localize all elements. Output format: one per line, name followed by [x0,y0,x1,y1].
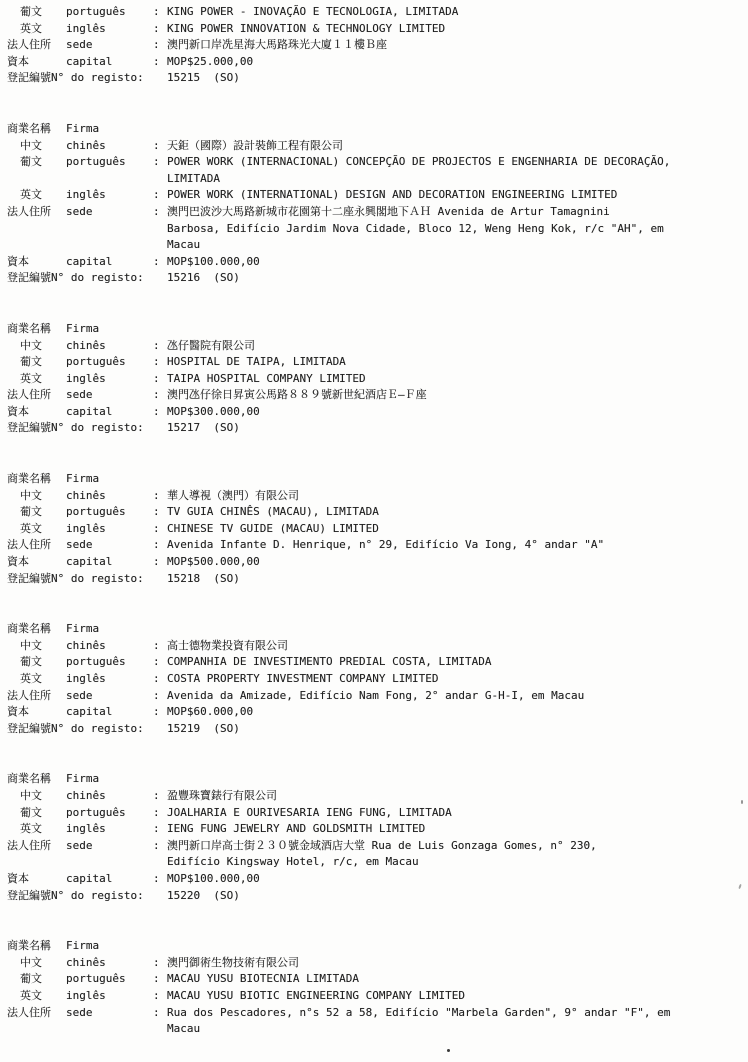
value-capital: MOP$500.000,00 [167,554,748,571]
colon-separator: : [153,537,167,554]
label-cjk-chinese: 中文 [7,338,66,355]
value-sede: 澳門巴波沙大馬路新城市花園第十二座永興閣地下ＡＨ Avenida de Artu… [167,204,748,254]
field-row-chinese: 中文chinês: 天鉅（國際）設計裝飾工程有限公司 [7,138,748,155]
label-latin-english: inglês [66,671,153,688]
colon-separator: : [153,387,167,404]
label-latin-english: inglês [66,521,153,538]
field-row-english: 英文inglês: CHINESE TV GUIDE (MACAU) LIMIT… [7,521,748,538]
colon-separator: : [153,988,167,1005]
label-latin-sede: sede [66,1005,153,1022]
field-row-sede: 法人住所sede: 澳門新口岸高士街２３０號金域酒店大堂 Rua de Luis… [7,838,748,871]
scan-speck [447,1049,450,1052]
label-latin-sede: sede [66,37,153,54]
value-portuguese: COMPANHIA DE INVESTIMENTO PREDIAL COSTA,… [167,654,748,671]
label-latin-portuguese: português [66,654,153,671]
label-latin-capital: capital [66,554,153,571]
label-latin-english: inglês [66,821,153,838]
label-cjk-capital: 資本 [7,554,66,571]
label-latin-sede: sede [66,688,153,705]
field-row-registo: 登記編號N° do registo:15216 (SO) [7,270,748,287]
colon-separator: : [153,404,167,421]
field-row-chinese: 中文chinês: 盈豐珠寶錶行有限公司 [7,788,748,805]
label-cjk-portuguese: 葡文 [7,971,66,988]
company-record: 商業名稱Firma中文chinês: 氹仔醫院有限公司葡文português: … [7,321,748,437]
colon-separator: : [153,788,167,805]
colon-separator: : [153,37,167,54]
label-latin-english: inglês [66,21,153,38]
colon-separator: : [153,871,167,888]
value-sede: 澳門新口岸高士街２３０號金域酒店大堂 Rua de Luis Gonzaga G… [167,838,748,871]
value-sede: 澳門氹仔徐日昇寅公馬路８８９號新世紀酒店Ｅ—Ｆ座 [167,387,748,404]
label-latin-sede: sede [66,838,153,855]
label-latin-registo: N° do registo: [51,270,167,287]
label-cjk-firma: 商業名稱 [7,321,66,338]
field-row-portuguese: 葡文português: POWER WORK (INTERNACIONAL) … [7,154,748,187]
value-capital: MOP$60.000,00 [167,704,748,721]
field-row-firma: 商業名稱Firma [7,621,748,638]
label-cjk-sede: 法人住所 [7,537,66,554]
value-chinese: 澳門御術生物技術有限公司 [167,955,748,972]
colon-separator: : [153,838,167,855]
label-latin-capital: capital [66,404,153,421]
field-row-capital: 資本capital: MOP$60.000,00 [7,704,748,721]
label-cjk-firma: 商業名稱 [7,471,66,488]
label-latin-firma: Firma [66,471,153,488]
label-cjk-registo: 登記編號 [7,571,51,588]
company-record: 商業名稱Firma中文chinês: 澳門御術生物技術有限公司葡文portugu… [7,938,748,1038]
colon-separator: : [153,821,167,838]
label-latin-registo: N° do registo: [51,70,167,87]
value-english: TAIPA HOSPITAL COMPANY LIMITED [167,371,748,388]
label-cjk-english: 英文 [7,521,66,538]
field-row-chinese: 中文chinês: 澳門御術生物技術有限公司 [7,955,748,972]
value-registo: 15217 (SO) [167,420,748,437]
label-cjk-chinese: 中文 [7,488,66,505]
value-registo: 15220 (SO) [167,888,748,905]
label-cjk-registo: 登記編號 [7,420,51,437]
label-cjk-registo: 登記編號 [7,270,51,287]
value-portuguese: JOALHARIA E OURIVESARIA IENG FUNG, LIMIT… [167,805,748,822]
scanned-registry-page: 葡文português: KING POWER - INOVAÇÃO E TEC… [0,0,748,1062]
label-latin-portuguese: português [66,805,153,822]
scan-speck [741,800,743,804]
colon-separator: : [153,54,167,71]
colon-separator: : [153,4,167,21]
colon-separator: : [153,654,167,671]
value-portuguese: POWER WORK (INTERNACIONAL) CONCEPÇÃO DE … [167,154,748,187]
company-record: 葡文português: KING POWER - INOVAÇÃO E TEC… [7,4,748,87]
label-cjk-chinese: 中文 [7,138,66,155]
colon-separator: : [153,688,167,705]
label-cjk-sede: 法人住所 [7,688,66,705]
field-row-firma: 商業名稱Firma [7,121,748,138]
label-latin-sede: sede [66,204,153,221]
colon-separator: : [153,554,167,571]
colon-separator: : [153,338,167,355]
label-latin-firma: Firma [66,938,153,955]
label-cjk-english: 英文 [7,988,66,1005]
colon-separator: : [153,671,167,688]
field-row-portuguese: 葡文português: MACAU YUSU BIOTECNIA LIMITA… [7,971,748,988]
value-portuguese: TV GUIA CHINÊS (MACAU), LIMITADA [167,504,748,521]
field-row-firma: 商業名稱Firma [7,771,748,788]
label-latin-registo: N° do registo: [51,721,167,738]
field-row-sede: 法人住所sede: 澳門新口岸冼星海大馬路珠光大廈１１樓Ｂ座 [7,37,748,54]
value-registo: 15216 (SO) [167,270,748,287]
value-capital: MOP$300.000,00 [167,404,748,421]
value-registo: 15215 (SO) [167,70,748,87]
colon-separator: : [153,254,167,271]
label-cjk-firma: 商業名稱 [7,771,66,788]
field-row-capital: 資本capital: MOP$100.000,00 [7,871,748,888]
field-row-capital: 資本capital: MOP$25.000,00 [7,54,748,71]
label-latin-chinese: chinês [66,955,153,972]
field-row-portuguese: 葡文português: TV GUIA CHINÊS (MACAU), LIM… [7,504,748,521]
value-sede: Avenida Infante D. Henrique, n° 29, Edif… [167,537,748,554]
value-english: POWER WORK (INTERNATIONAL) DESIGN AND DE… [167,187,748,204]
records-list: 葡文português: KING POWER - INOVAÇÃO E TEC… [7,4,748,1038]
label-cjk-english: 英文 [7,371,66,388]
value-capital: MOP$100.000,00 [167,254,748,271]
value-sede: Avenida da Amizade, Edifício Nam Fong, 2… [167,688,748,705]
label-cjk-chinese: 中文 [7,638,66,655]
value-english: KING POWER INNOVATION & TECHNOLOGY LIMIT… [167,21,748,38]
label-latin-portuguese: português [66,354,153,371]
value-portuguese: MACAU YUSU BIOTECNIA LIMITADA [167,971,748,988]
colon-separator: : [153,154,167,171]
label-cjk-sede: 法人住所 [7,1005,66,1022]
label-latin-sede: sede [66,537,153,554]
value-english: MACAU YUSU BIOTIC ENGINEERING COMPANY LI… [167,988,748,1005]
label-cjk-portuguese: 葡文 [7,354,66,371]
colon-separator: : [153,138,167,155]
label-latin-chinese: chinês [66,138,153,155]
field-row-portuguese: 葡文português: JOALHARIA E OURIVESARIA IEN… [7,805,748,822]
value-capital: MOP$100.000,00 [167,871,748,888]
colon-separator: : [153,504,167,521]
field-row-firma: 商業名稱Firma [7,938,748,955]
value-chinese: 高士德物業投資有限公司 [167,638,748,655]
field-row-english: 英文inglês: POWER WORK (INTERNATIONAL) DES… [7,187,748,204]
colon-separator: : [153,21,167,38]
label-cjk-portuguese: 葡文 [7,154,66,171]
value-chinese: 氹仔醫院有限公司 [167,338,748,355]
field-row-sede: 法人住所sede: Avenida da Amizade, Edifício N… [7,688,748,705]
company-record: 商業名稱Firma中文chinês: 天鉅（國際）設計裝飾工程有限公司葡文por… [7,121,748,287]
colon-separator: : [153,955,167,972]
label-cjk-firma: 商業名稱 [7,621,66,638]
colon-separator: : [153,704,167,721]
value-registo: 15218 (SO) [167,571,748,588]
label-latin-firma: Firma [66,621,153,638]
label-latin-chinese: chinês [66,488,153,505]
label-latin-chinese: chinês [66,788,153,805]
company-record: 商業名稱Firma中文chinês: 盈豐珠寶錶行有限公司葡文português… [7,771,748,904]
label-cjk-registo: 登記編號 [7,721,51,738]
company-record: 商業名稱Firma中文chinês: 高士德物業投資有限公司葡文portuguê… [7,621,748,737]
field-row-sede: 法人住所sede: Rua dos Pescadores, n°s 52 a 5… [7,1005,748,1038]
colon-separator: : [153,354,167,371]
label-cjk-registo: 登記編號 [7,70,51,87]
field-row-chinese: 中文chinês: 華人導視（澳門）有限公司 [7,488,748,505]
label-latin-portuguese: português [66,971,153,988]
field-row-english: 英文inglês: IENG FUNG JEWELRY AND GOLDSMIT… [7,821,748,838]
field-row-firma: 商業名稱Firma [7,321,748,338]
field-row-sede: 法人住所sede: 澳門氹仔徐日昇寅公馬路８８９號新世紀酒店Ｅ—Ｆ座 [7,387,748,404]
label-cjk-capital: 資本 [7,704,66,721]
label-latin-registo: N° do registo: [51,420,167,437]
colon-separator: : [153,1005,167,1022]
field-row-capital: 資本capital: MOP$500.000,00 [7,554,748,571]
field-row-sede: 法人住所sede: 澳門巴波沙大馬路新城市花園第十二座永興閣地下ＡＨ Aveni… [7,204,748,254]
field-row-english: 英文inglês: TAIPA HOSPITAL COMPANY LIMITED [7,371,748,388]
field-row-portuguese: 葡文português: KING POWER - INOVAÇÃO E TEC… [7,4,748,21]
label-cjk-portuguese: 葡文 [7,4,66,21]
value-chinese: 天鉅（國際）設計裝飾工程有限公司 [167,138,748,155]
label-cjk-firma: 商業名稱 [7,121,66,138]
label-latin-capital: capital [66,54,153,71]
colon-separator: : [153,521,167,538]
label-cjk-chinese: 中文 [7,788,66,805]
label-latin-portuguese: português [66,504,153,521]
label-cjk-sede: 法人住所 [7,37,66,54]
label-cjk-portuguese: 葡文 [7,654,66,671]
label-cjk-portuguese: 葡文 [7,805,66,822]
label-cjk-capital: 資本 [7,254,66,271]
value-chinese: 盈豐珠寶錶行有限公司 [167,788,748,805]
field-row-registo: 登記編號N° do registo:15215 (SO) [7,70,748,87]
field-row-firma: 商業名稱Firma [7,471,748,488]
label-latin-english: inglês [66,187,153,204]
colon-separator: : [153,638,167,655]
label-cjk-chinese: 中文 [7,955,66,972]
field-row-chinese: 中文chinês: 氹仔醫院有限公司 [7,338,748,355]
value-portuguese: HOSPITAL DE TAIPA, LIMITADA [167,354,748,371]
value-chinese: 華人導視（澳門）有限公司 [167,488,748,505]
field-row-registo: 登記編號N° do registo:15218 (SO) [7,571,748,588]
colon-separator: : [153,371,167,388]
field-row-sede: 法人住所sede: Avenida Infante D. Henrique, n… [7,537,748,554]
value-registo: 15219 (SO) [167,721,748,738]
value-capital: MOP$25.000,00 [167,54,748,71]
label-cjk-capital: 資本 [7,54,66,71]
value-english: CHINESE TV GUIDE (MACAU) LIMITED [167,521,748,538]
label-latin-capital: capital [66,704,153,721]
label-latin-english: inglês [66,371,153,388]
value-english: IENG FUNG JEWELRY AND GOLDSMITH LIMITED [167,821,748,838]
label-cjk-capital: 資本 [7,871,66,888]
label-latin-registo: N° do registo: [51,571,167,588]
label-latin-firma: Firma [66,121,153,138]
colon-separator: : [153,971,167,988]
label-latin-registo: N° do registo: [51,888,167,905]
value-sede: 澳門新口岸冼星海大馬路珠光大廈１１樓Ｂ座 [167,37,748,54]
colon-separator: : [153,805,167,822]
field-row-capital: 資本capital: MOP$100.000,00 [7,254,748,271]
field-row-portuguese: 葡文português: COMPANHIA DE INVESTIMENTO P… [7,654,748,671]
label-cjk-firma: 商業名稱 [7,938,66,955]
field-row-english: 英文inglês: KING POWER INNOVATION & TECHNO… [7,21,748,38]
label-cjk-sede: 法人住所 [7,387,66,404]
colon-separator: : [153,187,167,204]
value-portuguese: KING POWER - INOVAÇÃO E TECNOLOGIA, LIMI… [167,4,748,21]
colon-separator: : [153,488,167,505]
field-row-registo: 登記編號N° do registo:15220 (SO) [7,888,748,905]
label-latin-english: inglês [66,988,153,1005]
label-cjk-portuguese: 葡文 [7,504,66,521]
field-row-chinese: 中文chinês: 高士德物業投資有限公司 [7,638,748,655]
label-latin-sede: sede [66,387,153,404]
field-row-capital: 資本capital: MOP$300.000,00 [7,404,748,421]
field-row-english: 英文inglês: COSTA PROPERTY INVESTMENT COMP… [7,671,748,688]
colon-separator: : [153,204,167,221]
value-english: COSTA PROPERTY INVESTMENT COMPANY LIMITE… [167,671,748,688]
label-cjk-sede: 法人住所 [7,838,66,855]
label-cjk-sede: 法人住所 [7,204,66,221]
label-cjk-english: 英文 [7,187,66,204]
label-latin-firma: Firma [66,321,153,338]
label-latin-capital: capital [66,871,153,888]
label-cjk-english: 英文 [7,821,66,838]
label-latin-chinese: chinês [66,638,153,655]
label-cjk-capital: 資本 [7,404,66,421]
label-cjk-registo: 登記編號 [7,888,51,905]
field-row-registo: 登記編號N° do registo:15217 (SO) [7,420,748,437]
label-latin-firma: Firma [66,771,153,788]
label-latin-portuguese: português [66,4,153,21]
field-row-registo: 登記編號N° do registo:15219 (SO) [7,721,748,738]
field-row-english: 英文inglês: MACAU YUSU BIOTIC ENGINEERING … [7,988,748,1005]
company-record: 商業名稱Firma中文chinês: 華人導視（澳門）有限公司葡文portugu… [7,471,748,587]
value-sede: Rua dos Pescadores, n°s 52 a 58, Edifíci… [167,1005,748,1038]
label-cjk-english: 英文 [7,671,66,688]
label-latin-portuguese: português [66,154,153,171]
label-latin-chinese: chinês [66,338,153,355]
label-latin-capital: capital [66,254,153,271]
field-row-portuguese: 葡文português: HOSPITAL DE TAIPA, LIMITADA [7,354,748,371]
label-cjk-english: 英文 [7,21,66,38]
